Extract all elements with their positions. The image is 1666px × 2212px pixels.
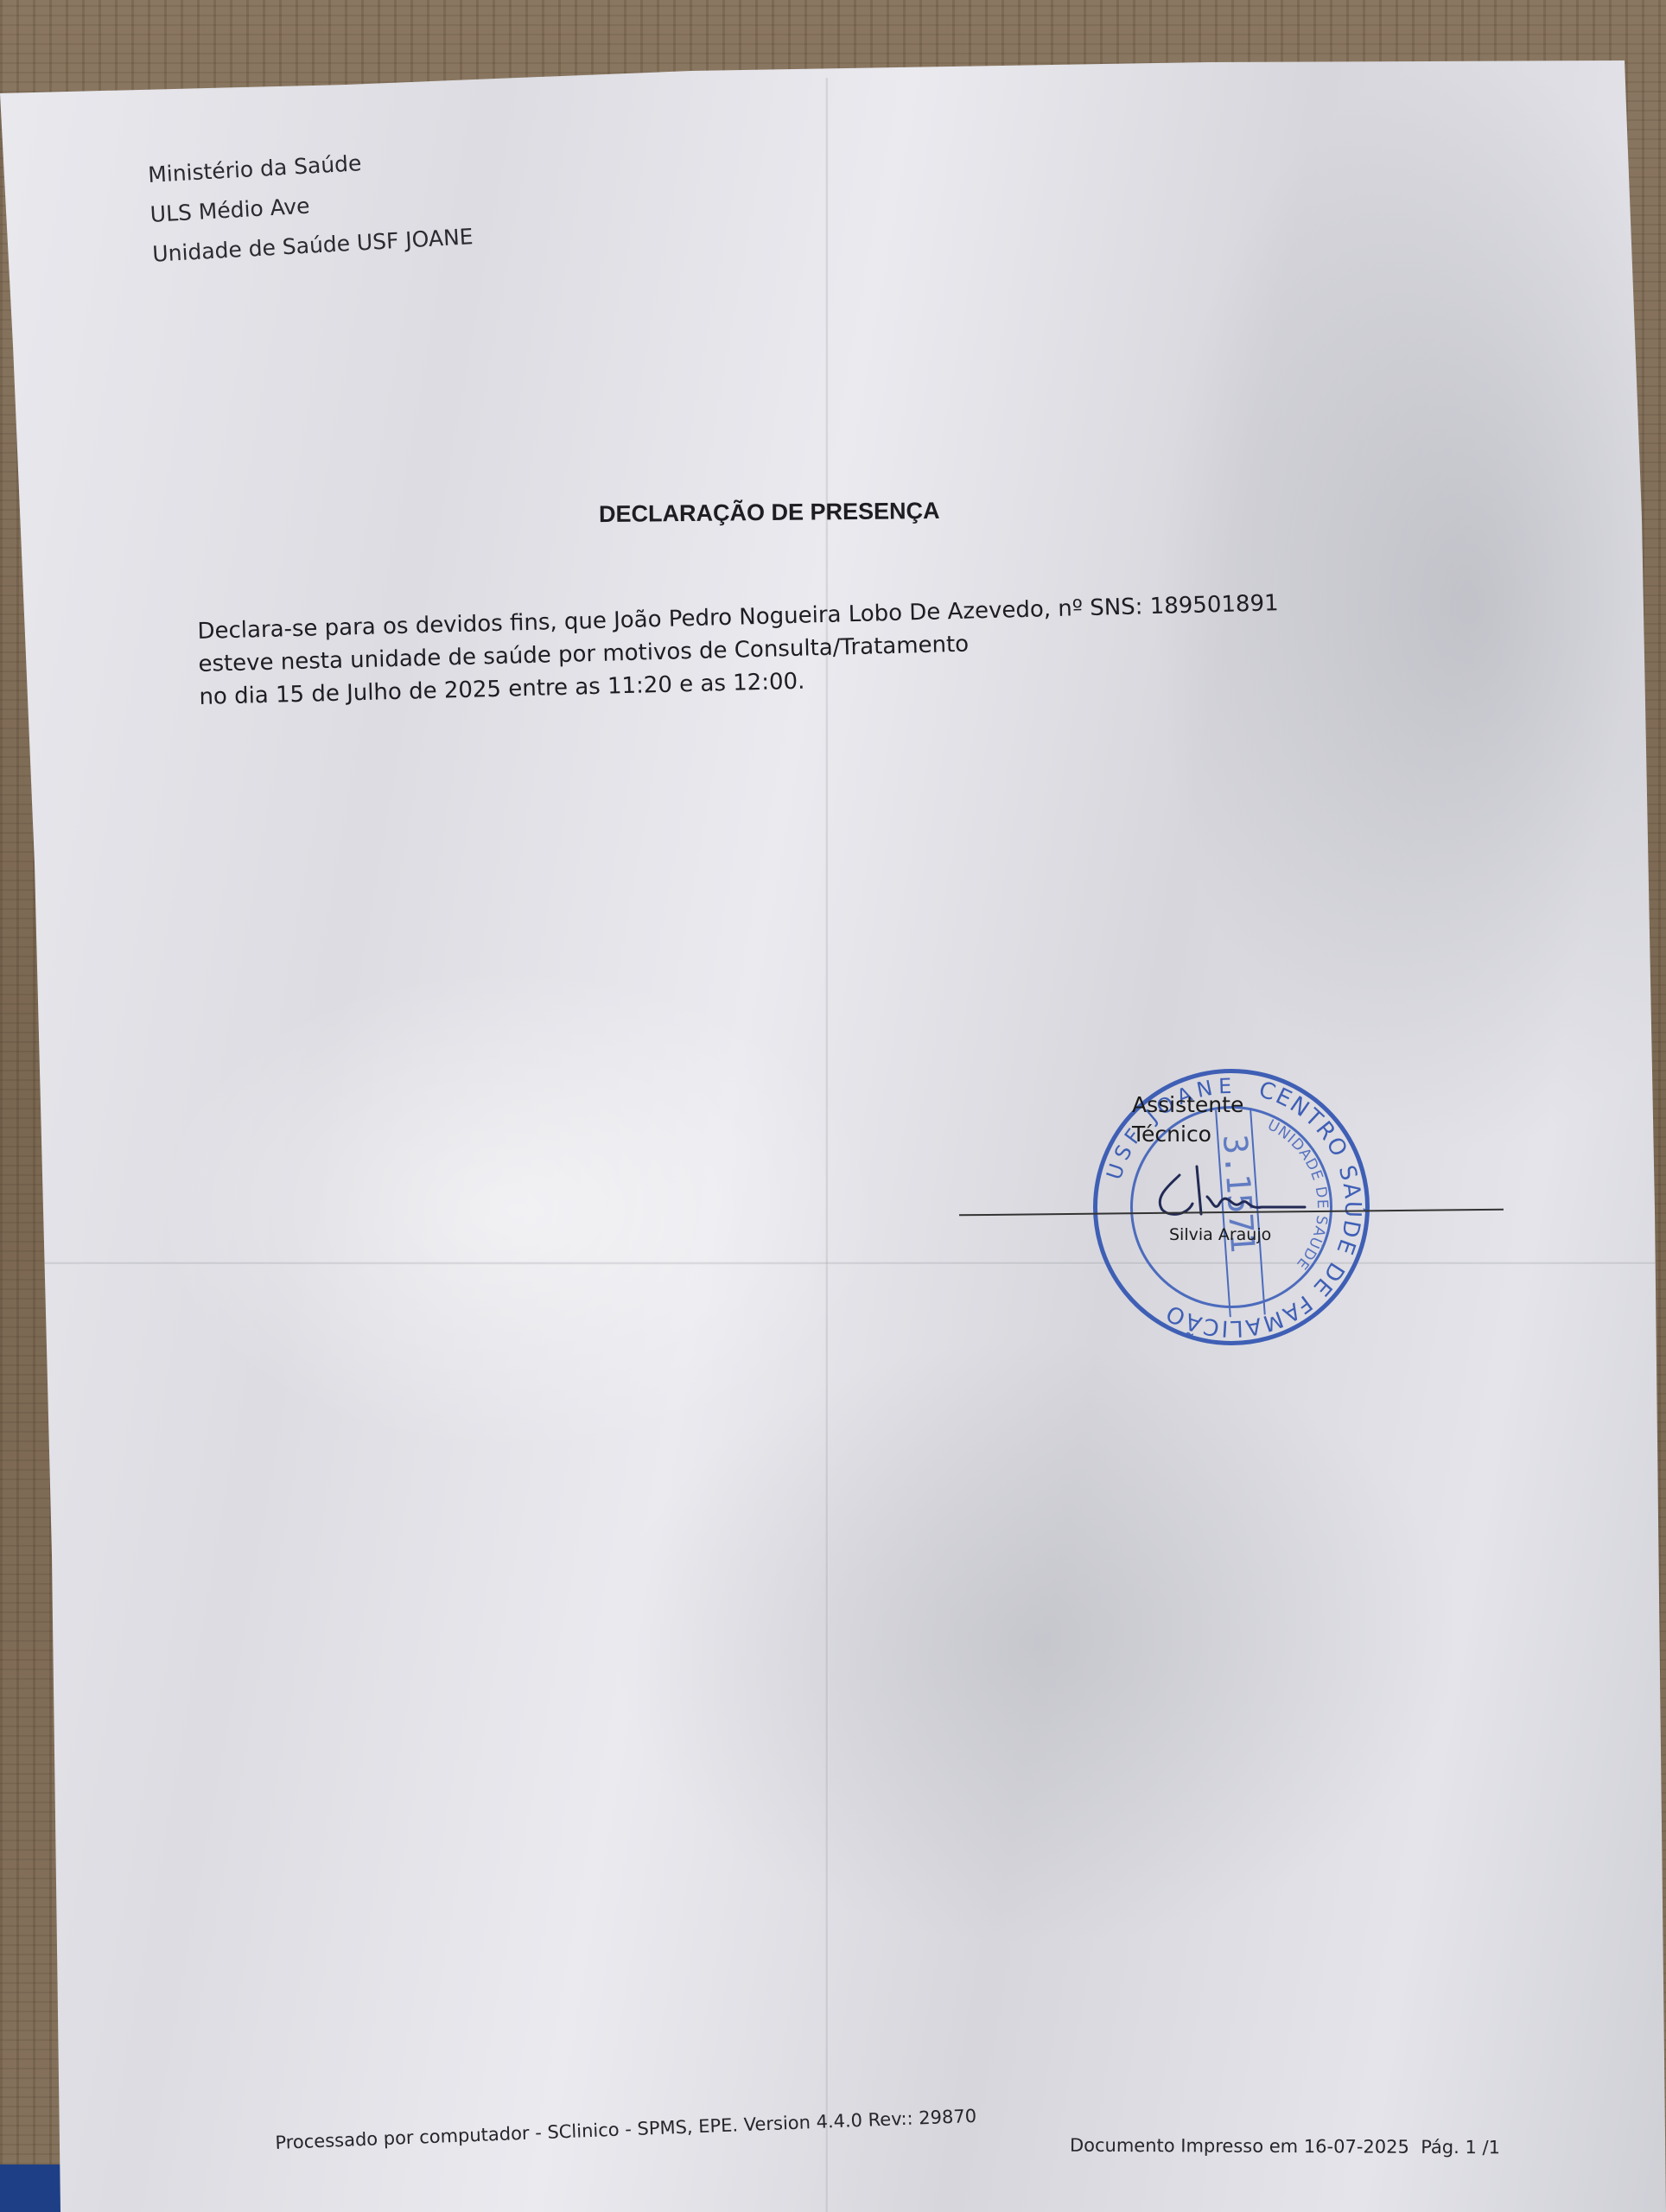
letterhead: Ministério da Saúde ULS Médio Ave Unidad…: [147, 137, 474, 275]
fold-crease-vertical: [825, 78, 829, 2212]
document-title: DECLARAÇÃO DE PRESENÇA: [599, 498, 940, 528]
footer-print-info: Documento Impresso em 16-07-2025 Pág. 1 …: [1070, 2135, 1500, 2158]
fold-crease-horizontal: [35, 1262, 1659, 1265]
background-cloth: [0, 2164, 69, 2212]
signatory-role-line-2: Técnico: [1132, 1120, 1243, 1149]
signatory-name: Silvia Araujo: [1169, 1225, 1271, 1244]
signatory-role: Assistente Técnico: [1132, 1090, 1243, 1149]
declaration-body: Declara-se para os devidos fins, que Joã…: [197, 587, 1281, 714]
footer-page-number: Pág. 1 /1: [1421, 2137, 1500, 2158]
paper-sheet: Ministério da Saúde ULS Médio Ave Unidad…: [0, 0, 1666, 2212]
footer-printed-date: Documento Impresso em 16-07-2025: [1070, 2135, 1409, 2158]
signatory-role-line-1: Assistente: [1132, 1090, 1243, 1120]
footer-processed-by: Processado por computador - SClinico - S…: [275, 2106, 976, 2153]
